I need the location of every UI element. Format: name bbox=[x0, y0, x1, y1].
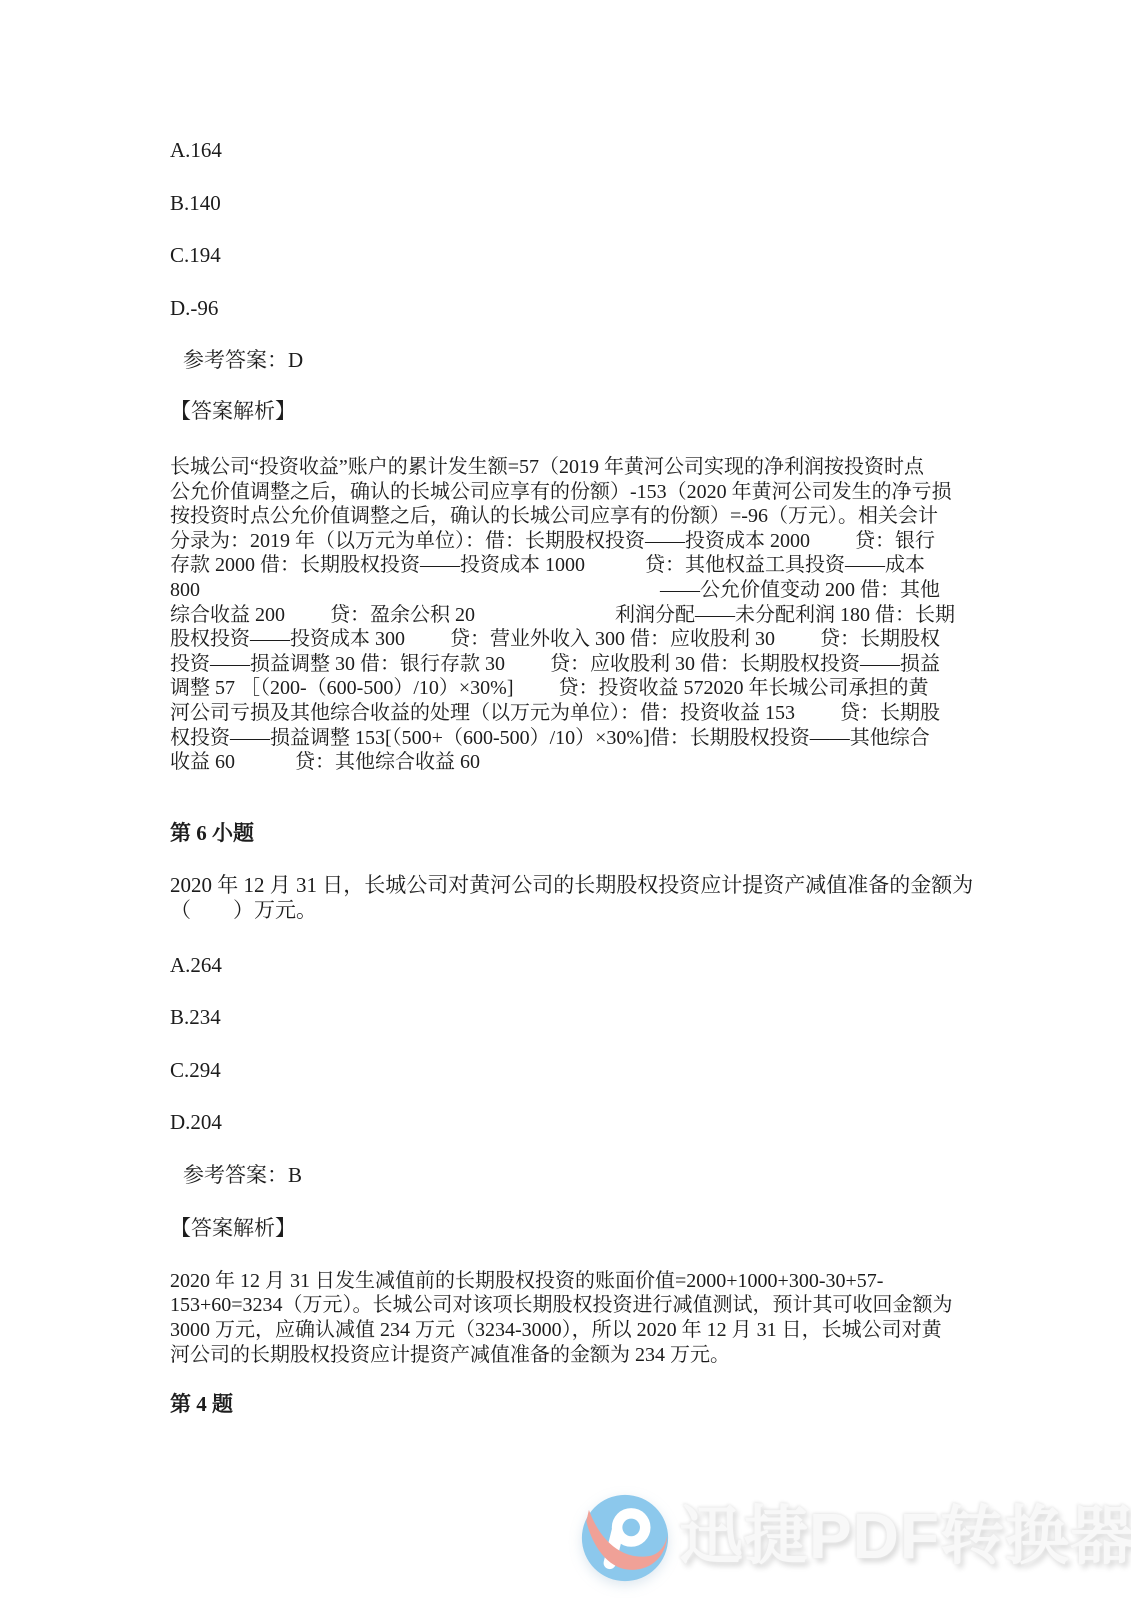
option-d: D.204 bbox=[170, 1111, 975, 1133]
option-c: C.294 bbox=[170, 1059, 975, 1081]
option-b: B.234 bbox=[170, 1006, 975, 1028]
option-a: A.264 bbox=[170, 954, 975, 976]
document-page: A.164 B.140 C.194 D.-96 参考答案：D 【答案解析】 长城… bbox=[0, 0, 1131, 1600]
option-c: C.194 bbox=[170, 244, 975, 266]
question6-reference-answer: 参考答案：B bbox=[183, 1164, 975, 1186]
pdf-converter-logo-icon bbox=[581, 1494, 669, 1582]
question6-analysis-text: 2020 年 12 月 31 日发生减值前的长期股权投资的账面价值=2000+1… bbox=[170, 1269, 975, 1367]
question6-title: 第 6 小题 bbox=[170, 822, 975, 845]
option-d: D.-96 bbox=[170, 297, 975, 319]
option-b: B.140 bbox=[170, 192, 975, 214]
question5-options: A.164 B.140 C.194 D.-96 bbox=[170, 139, 975, 319]
question5-analysis-text: 长城公司“投资收益”账户的累计发生额=57（2019 年黄河公司实现的净利润按投… bbox=[170, 455, 975, 775]
question4-title: 第 4 题 bbox=[170, 1393, 975, 1416]
watermark: 迅捷PDF转换器 bbox=[581, 1486, 1131, 1600]
question6-analysis-header: 【答案解析】 bbox=[170, 1217, 975, 1239]
question6-options: A.264 B.234 C.294 D.204 bbox=[170, 954, 975, 1134]
page-content: A.164 B.140 C.194 D.-96 参考答案：D 【答案解析】 长城… bbox=[170, 0, 975, 1416]
question6-stem: 2020 年 12 月 31 日，长城公司对黄河公司的长期股权投资应计提资产减值… bbox=[170, 873, 975, 924]
watermark-text: 迅捷PDF转换器 bbox=[679, 1486, 1131, 1586]
option-a: A.164 bbox=[170, 139, 975, 161]
question5-reference-answer: 参考答案：D bbox=[183, 349, 975, 371]
question5-analysis-header: 【答案解析】 bbox=[170, 400, 975, 422]
